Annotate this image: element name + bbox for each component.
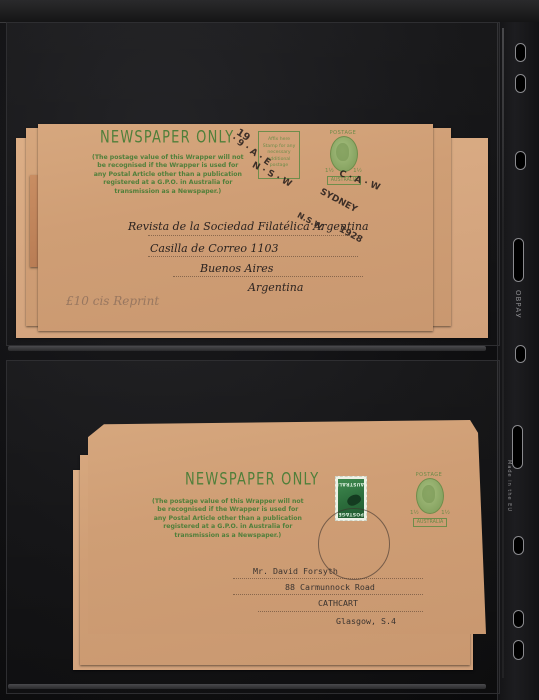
address-line: Mr. David Forsyth bbox=[253, 566, 338, 576]
wrapper-notice: (The postage value of this Wrapper will … bbox=[92, 154, 244, 196]
wrapper-bottom: NEWSPAPER ONLY (The postage value of thi… bbox=[88, 420, 486, 634]
indicium-value: 1½ bbox=[410, 510, 419, 516]
binder-hole bbox=[512, 425, 523, 469]
address-line: Buenos Aires bbox=[200, 262, 273, 275]
wrapper-top: NEWSPAPER ONLY (The postage value of thi… bbox=[38, 124, 433, 331]
indicium-value: 1½ bbox=[441, 510, 450, 516]
address-line: Argentina bbox=[248, 281, 303, 294]
wrapper-heading: NEWSPAPER ONLY bbox=[100, 128, 234, 148]
postmark-city: SYDNEY bbox=[318, 187, 359, 215]
address-line: Revista de la Sociedad Filatélica Argent… bbox=[128, 220, 369, 233]
address-rule bbox=[233, 594, 423, 595]
address-rule bbox=[173, 276, 363, 277]
address-rule bbox=[258, 611, 423, 612]
address-line: Casilla de Correo 1103 bbox=[150, 242, 278, 255]
binder-hole bbox=[513, 610, 524, 628]
wrapper-torn-edge bbox=[30, 175, 38, 267]
king-head-icon bbox=[336, 143, 349, 161]
pocket-bottom-edge bbox=[8, 684, 486, 689]
address-line: CATHCART bbox=[318, 598, 358, 608]
rail-edge bbox=[502, 28, 504, 678]
address-rule bbox=[148, 256, 358, 257]
binder-hole bbox=[515, 151, 526, 170]
binder-hole bbox=[515, 74, 526, 93]
printed-stamp-indicium: POSTAGE 1½ 1½ AUSTRALIA bbox=[410, 472, 448, 530]
brand-text: ОВРАУ bbox=[514, 290, 522, 319]
address-line: Glasgow, S.4 bbox=[336, 616, 396, 626]
wrapper-notice: (The postage value of this Wrapper will … bbox=[152, 498, 304, 540]
address-line: 88 Carmunnock Road bbox=[285, 582, 375, 592]
wrapper-heading: NEWSPAPER ONLY bbox=[185, 470, 319, 490]
binder-hole bbox=[515, 345, 526, 363]
lyrebird-icon bbox=[345, 492, 362, 508]
binder-hole bbox=[513, 536, 524, 555]
stamp-country: AUSTRALIA bbox=[338, 481, 364, 486]
binder-hole bbox=[513, 640, 524, 660]
pocket-divider bbox=[8, 346, 486, 351]
indicium-value: 1½ bbox=[325, 168, 334, 174]
king-head-icon bbox=[422, 485, 435, 503]
binder-hole bbox=[515, 43, 526, 62]
album-page: ОВРАУ Made in the EU NEWSPAPER ONLY (The… bbox=[0, 0, 539, 700]
indicium-country: AUSTRALIA bbox=[413, 518, 447, 527]
binder-hole bbox=[513, 238, 524, 282]
address-rule bbox=[148, 235, 358, 236]
pencil-note: £10 cis Reprint bbox=[66, 294, 159, 308]
address-rule bbox=[233, 578, 423, 579]
page-top-band bbox=[0, 0, 539, 23]
rail-side-text: Made in the EU bbox=[506, 460, 512, 512]
